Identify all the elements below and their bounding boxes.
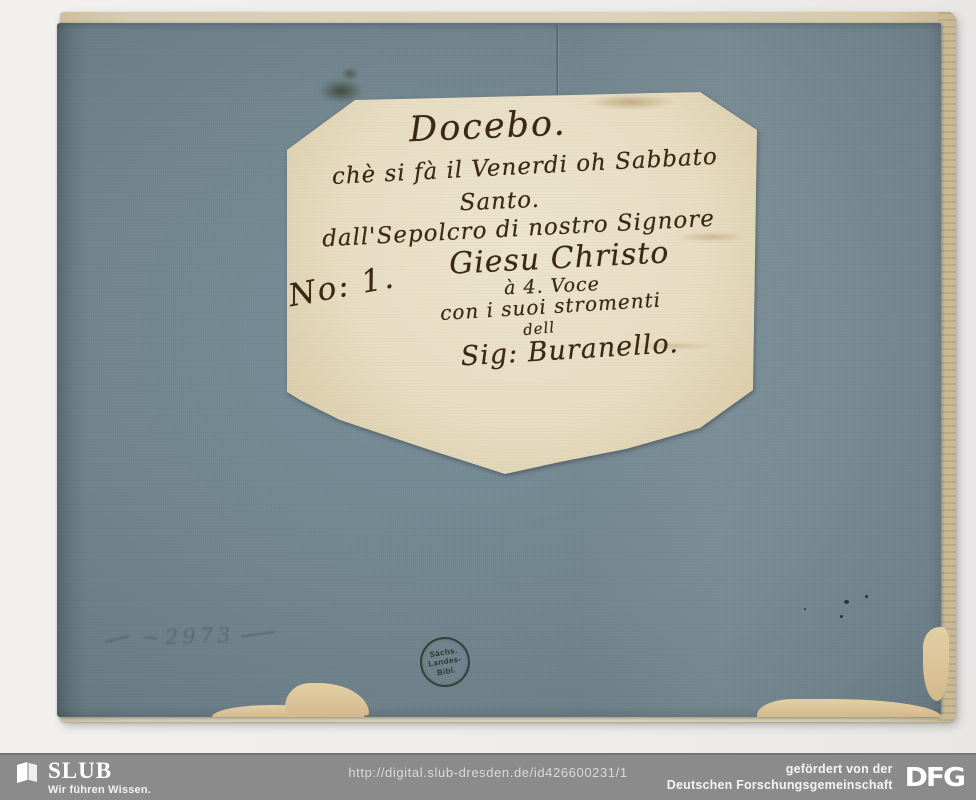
title-label-paper: Docebo. chè si fà il Venerdi oh Sabbato … bbox=[286, 92, 758, 480]
pencil-shelfmark-text: 2973 bbox=[165, 623, 235, 649]
stamp-line3: Bibl. bbox=[436, 665, 457, 678]
library-tagline: Wir führen Wissen. bbox=[48, 784, 151, 796]
library-stamp: Sächs. Landes- Bibl. bbox=[416, 633, 473, 690]
title-label-text: Docebo. chè si fà il Venerdi oh Sabbato … bbox=[281, 86, 763, 486]
title-label: Docebo. chè si fà il Venerdi oh Sabbato … bbox=[286, 92, 758, 480]
ink-stain-small bbox=[341, 67, 359, 81]
dirt-speck bbox=[840, 615, 843, 618]
pencil-stroke bbox=[104, 635, 130, 643]
pencil-stroke bbox=[241, 631, 275, 638]
dirt-speck bbox=[844, 600, 849, 604]
dfg-logo: DFG bbox=[905, 762, 964, 792]
pencil-stroke bbox=[144, 636, 158, 639]
dirt-speck bbox=[865, 595, 868, 598]
cover-tear-right-edge bbox=[923, 627, 949, 701]
scan-canvas: 2973 Sächs. Landes- Bibl. Docebo. chè si… bbox=[0, 0, 976, 800]
dirt-speck bbox=[804, 608, 806, 610]
pencil-shelfmark: 2973 bbox=[97, 617, 318, 655]
document-url: http://digital.slub-dresden.de/id4266002… bbox=[0, 765, 976, 780]
footer-bar: SLUB Wir führen Wissen. http://digital.s… bbox=[0, 753, 976, 800]
cover-tear-bottom-blob bbox=[285, 683, 369, 717]
